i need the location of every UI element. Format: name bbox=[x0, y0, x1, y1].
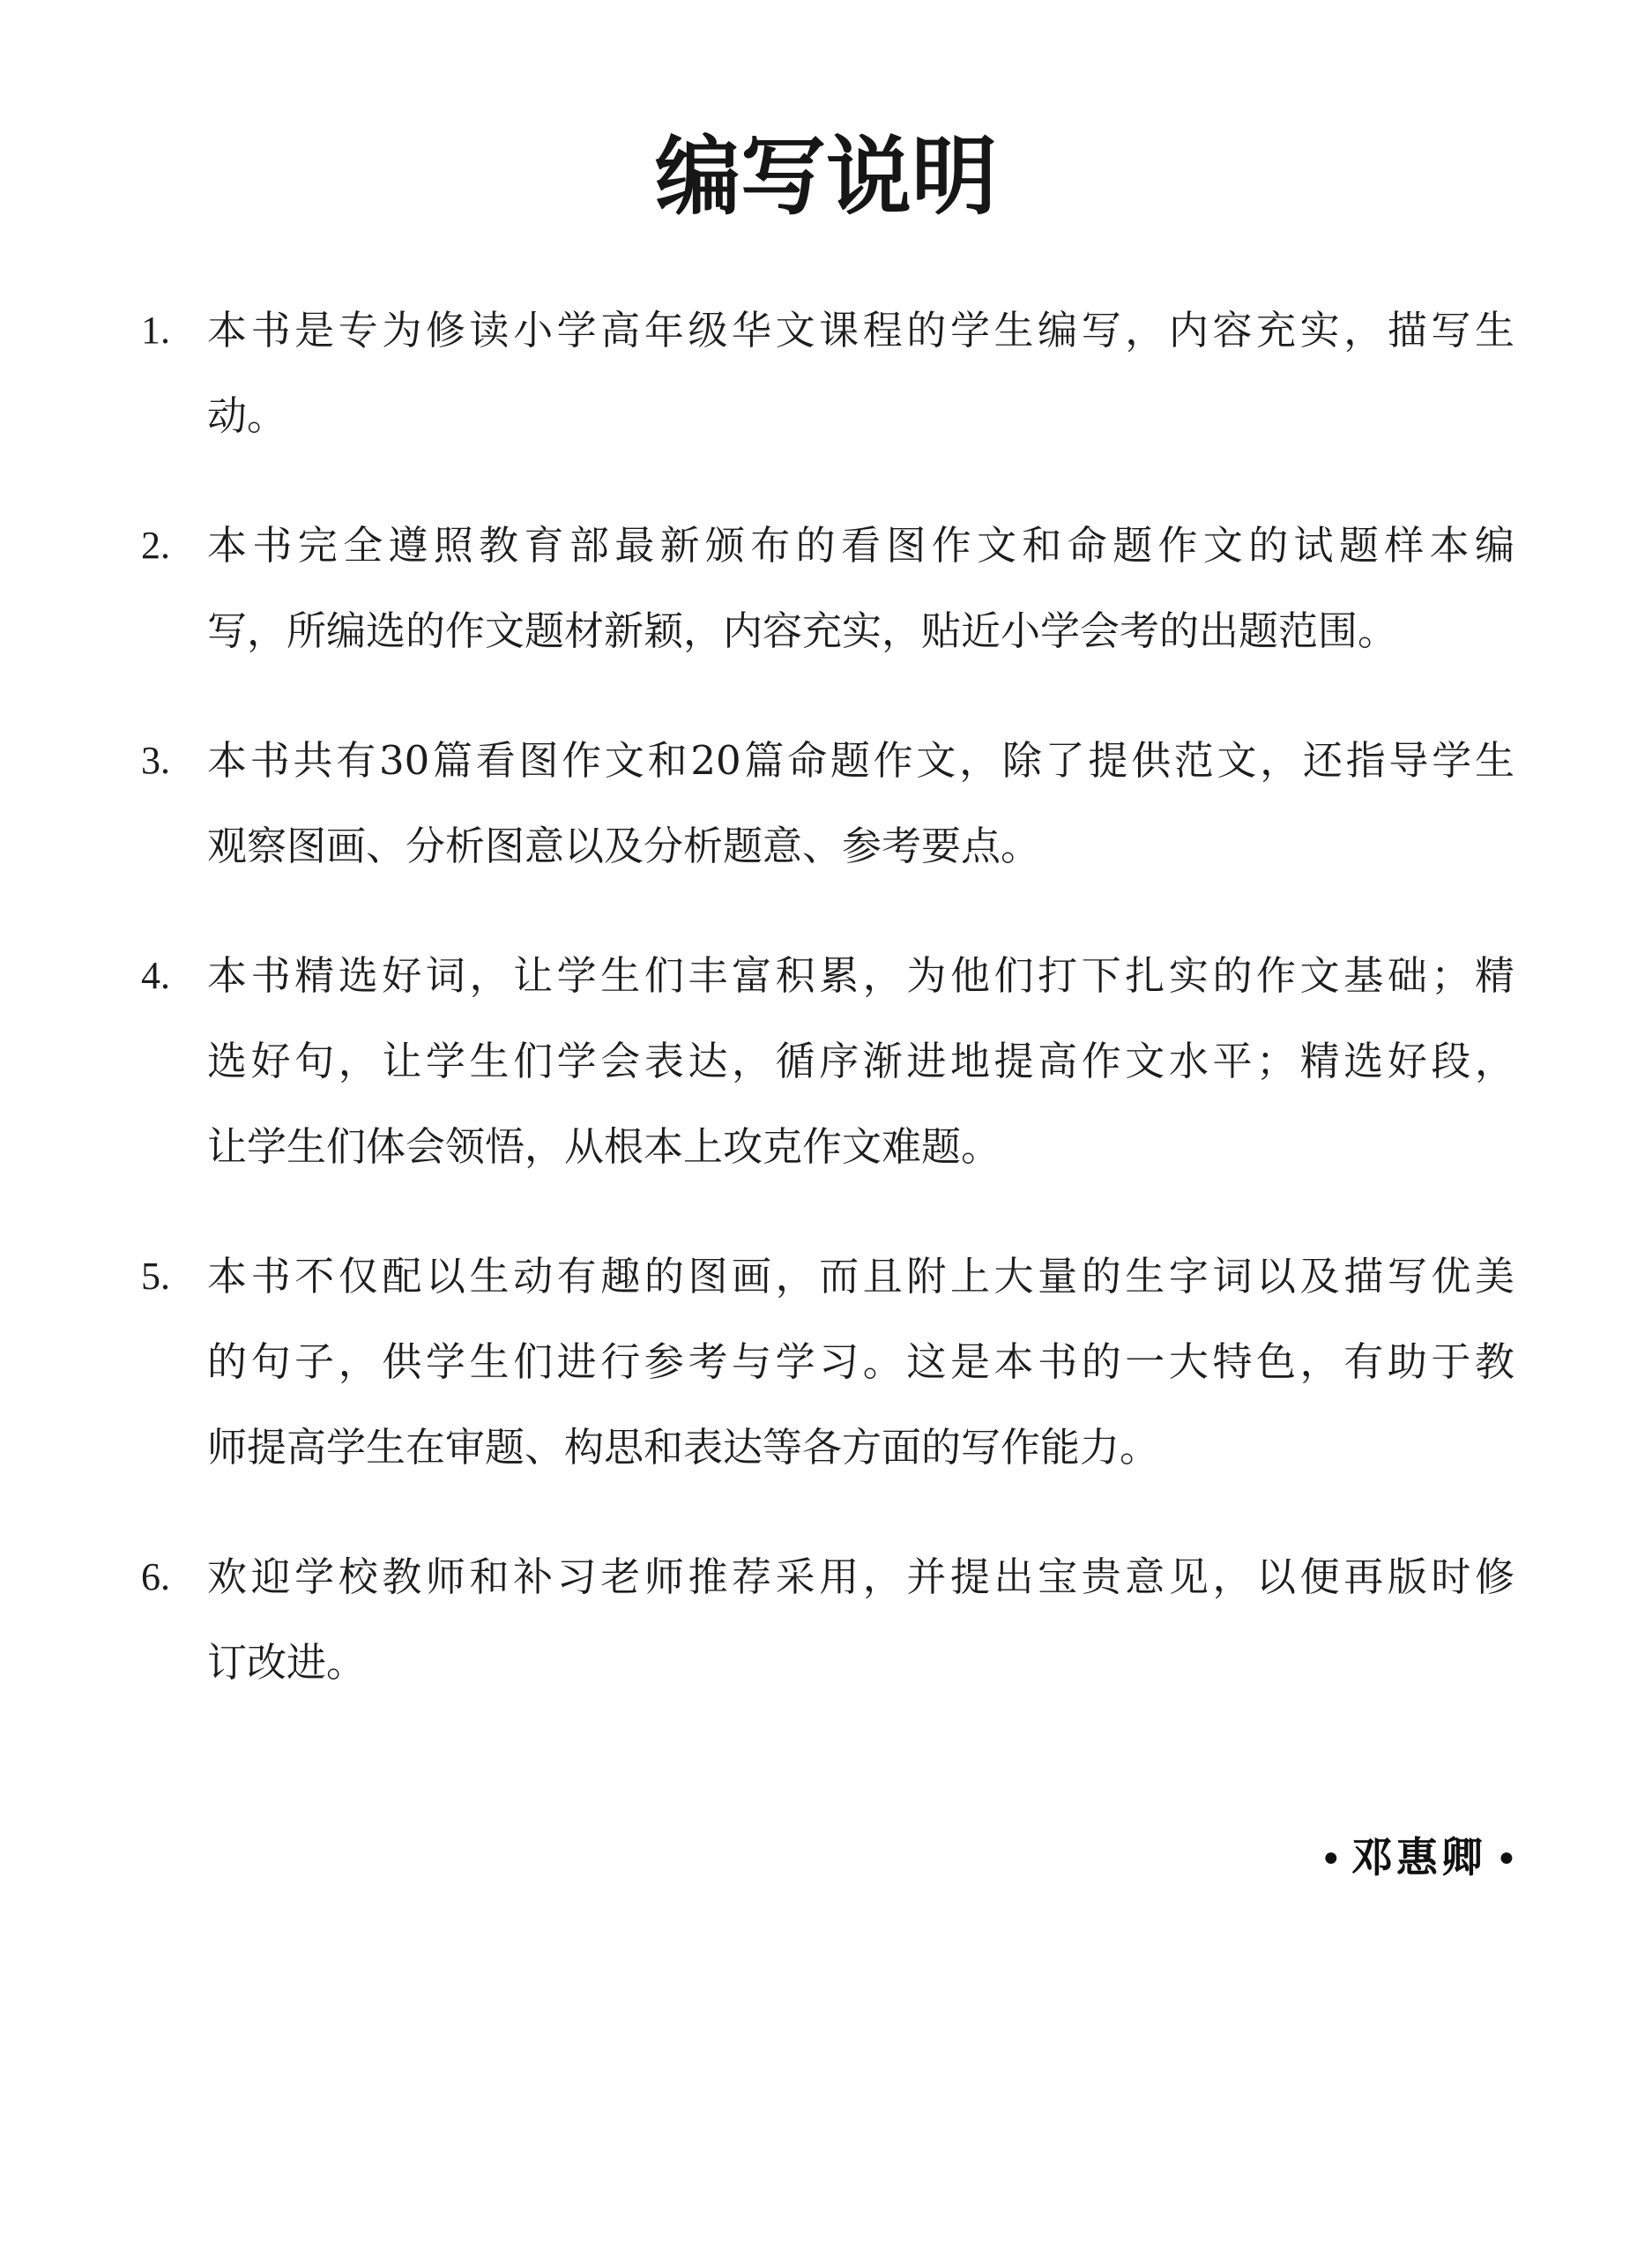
text-line: 本书精选好词，让学生们丰富积累，为他们打下扎实的作文基础；精 bbox=[207, 933, 1514, 1018]
item-text: 欢迎学校教师和补习老师推荐采用，并提出宝贵意见，以便再版时修 订改进。 bbox=[207, 1534, 1514, 1705]
item-number: 4. bbox=[141, 933, 207, 1189]
list-item: 4. 本书精选好词，让学生们丰富积累，为他们打下扎实的作文基础；精 选好句，让学… bbox=[141, 933, 1514, 1189]
text-line: 的句子，供学生们进行参考与学习。这是本书的一大特色，有助于教 bbox=[207, 1319, 1514, 1404]
text-line: 观察图画、分析图意以及分析题意、参考要点。 bbox=[207, 803, 1514, 889]
text-line: 写，所编选的作文题材新颖，内容充实，贴近小学会考的出题范围。 bbox=[207, 588, 1514, 674]
list-item: 3. 本书共有30篇看图作文和20篇命题作文，除了提供范文，还指导学生 观察图画… bbox=[141, 718, 1514, 889]
author-signature: ● 邓惠卿 ● bbox=[0, 1814, 1514, 1900]
list-item: 1. 本书是专为修读小学高年级华文课程的学生编写，内容充实，描写生 动。 bbox=[141, 287, 1514, 458]
text-line: 本书是专为修读小学高年级华文课程的学生编写，内容充实，描写生 bbox=[207, 287, 1514, 373]
notes-list: 1. 本书是专为修读小学高年级华文课程的学生编写，内容充实，描写生 动。 2. … bbox=[0, 287, 1652, 1705]
item-number: 2. bbox=[141, 503, 207, 674]
author-name: 邓惠卿 bbox=[1351, 1814, 1486, 1900]
text-line: 欢迎学校教师和补习老师推荐采用，并提出宝贵意见，以便再版时修 bbox=[207, 1534, 1514, 1620]
list-item: 2. 本书完全遵照教育部最新颁布的看图作文和命题作文的试题样本编 写，所编选的作… bbox=[141, 503, 1514, 674]
item-text: 本书精选好词，让学生们丰富积累，为他们打下扎实的作文基础；精 选好句，让学生们学… bbox=[207, 933, 1514, 1189]
item-text: 本书共有30篇看图作文和20篇命题作文，除了提供范文，还指导学生 观察图画、分析… bbox=[207, 718, 1514, 889]
item-number: 1. bbox=[141, 287, 207, 458]
author-bullet-icon: ● bbox=[1323, 1844, 1339, 1871]
item-text: 本书不仅配以生动有趣的图画，而且附上大量的生字词以及描写优美 的句子，供学生们进… bbox=[207, 1233, 1514, 1490]
list-item: 5. 本书不仅配以生动有趣的图画，而且附上大量的生字词以及描写优美 的句子，供学… bbox=[141, 1233, 1514, 1490]
item-number: 6. bbox=[141, 1534, 207, 1705]
item-text: 本书完全遵照教育部最新颁布的看图作文和命题作文的试题样本编 写，所编选的作文题材… bbox=[207, 503, 1514, 674]
item-number: 5. bbox=[141, 1233, 207, 1490]
text-line: 本书共有30篇看图作文和20篇命题作文，除了提供范文，还指导学生 bbox=[207, 718, 1514, 803]
text-line: 动。 bbox=[207, 373, 1514, 458]
text-line: 师提高学生在审题、构思和表达等各方面的写作能力。 bbox=[207, 1404, 1514, 1490]
text-line: 让学生们体会领悟，从根本上攻克作文难题。 bbox=[207, 1104, 1514, 1189]
item-text: 本书是专为修读小学高年级华文课程的学生编写，内容充实，描写生 动。 bbox=[207, 287, 1514, 458]
item-number: 3. bbox=[141, 718, 207, 889]
text-line: 本书完全遵照教育部最新颁布的看图作文和命题作文的试题样本编 bbox=[207, 503, 1514, 588]
text-line: 选好句，让学生们学会表达，循序渐进地提高作文水平；精选好段， bbox=[207, 1018, 1514, 1104]
text-line: 订改进。 bbox=[207, 1620, 1514, 1705]
page-title: 编写说明 bbox=[0, 134, 1652, 220]
list-item: 6. 欢迎学校教师和补习老师推荐采用，并提出宝贵意见，以便再版时修 订改进。 bbox=[141, 1534, 1514, 1705]
author-bullet-icon: ● bbox=[1499, 1844, 1514, 1871]
text-line: 本书不仅配以生动有趣的图画，而且附上大量的生字词以及描写优美 bbox=[207, 1233, 1514, 1319]
document-page: 编写说明 1. 本书是专为修读小学高年级华文课程的学生编写，内容充实，描写生 动… bbox=[0, 0, 1652, 2257]
